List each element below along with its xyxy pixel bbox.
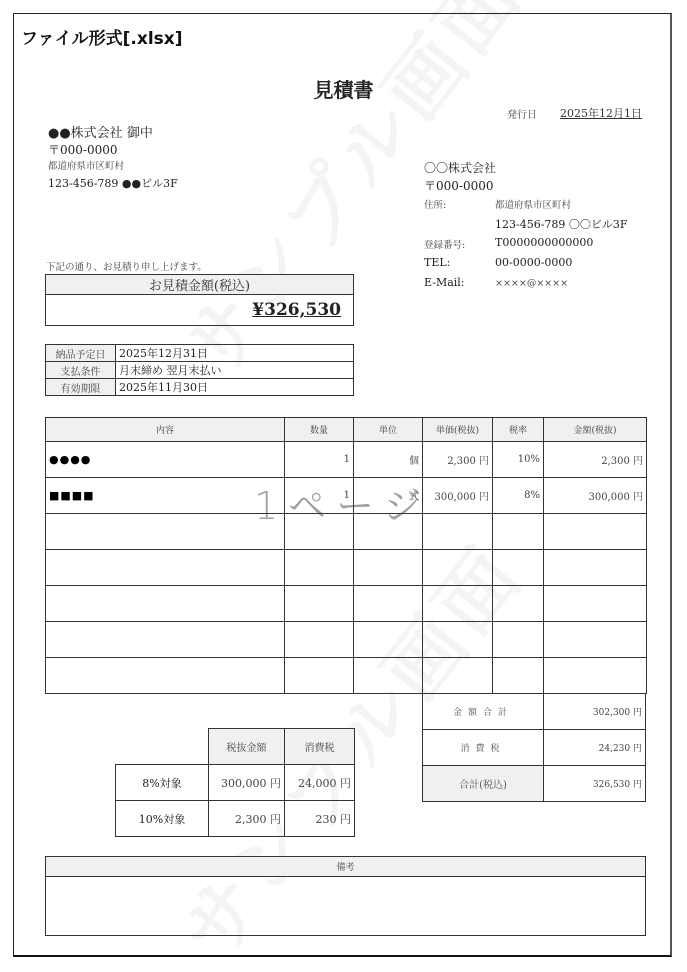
item-tax-rate	[493, 622, 544, 658]
issuer-address1: 都道府県市区町村	[495, 197, 571, 211]
tax-breakdown-row: 10%対象 2,300 円 230 円	[116, 801, 355, 837]
column-header-unit: 単位	[354, 418, 423, 442]
remarks-box: 備考	[45, 856, 646, 936]
issuer-reg-no: T0000000000000	[495, 236, 593, 249]
item-amount	[544, 586, 647, 622]
terms-row: 支払条件 月末締め 翌月末払い	[46, 362, 354, 379]
summary-row: 消費税 24,230 円	[423, 730, 646, 766]
summary-row: 合計(税込) 326,530 円	[423, 766, 646, 802]
item-tax-rate	[493, 658, 544, 694]
item-tax-rate: 8%	[493, 478, 544, 514]
item-unit-price	[423, 550, 493, 586]
document-title: 見積書	[0, 74, 687, 103]
item-unit	[354, 586, 423, 622]
terms-label: 納品予定日	[46, 345, 116, 362]
terms-value: 月末締め 翌月末払い	[116, 362, 354, 379]
item-description	[46, 514, 285, 550]
item-unit: 式	[354, 478, 423, 514]
item-description	[46, 658, 285, 694]
issue-date-label: 発行日	[507, 106, 537, 121]
item-unit	[354, 658, 423, 694]
item-tax-rate	[493, 586, 544, 622]
item-unit-price: 2,300 円	[423, 442, 493, 478]
column-header-description: 内容	[46, 418, 285, 442]
tax-breakdown-header: 税抜金額 消費税	[116, 729, 355, 765]
terms-label: 支払条件	[46, 362, 116, 379]
table-row	[46, 514, 647, 550]
terms-value: 2025年11月30日	[116, 379, 354, 396]
tax-base-amount: 2,300 円	[209, 801, 285, 837]
terms-value: 2025年12月31日	[116, 345, 354, 362]
tax-breakdown-table: 税抜金額 消費税 8%対象 300,000 円 24,000 円 10%対象 2…	[115, 728, 355, 837]
column-header-amount: 金額(税抜)	[544, 418, 647, 442]
issuer-company: 〇〇株式会社	[424, 159, 496, 176]
item-unit-price	[423, 622, 493, 658]
item-quantity	[285, 514, 354, 550]
tax-base-amount: 300,000 円	[209, 765, 285, 801]
terms-row: 有効期限 2025年11月30日	[46, 379, 354, 396]
tax-rate-label: 8%対象	[116, 765, 209, 801]
line-items-table: 内容 数量 単位 単価(税抜) 税率 金額(税抜) ●●●●1個2,300 円1…	[45, 417, 647, 694]
item-description	[46, 622, 285, 658]
item-quantity	[285, 550, 354, 586]
tax-header-base: 税抜金額	[209, 729, 285, 765]
item-quantity: 1	[285, 442, 354, 478]
item-amount	[544, 550, 647, 586]
quote-total-box: お見積金額(税込) ¥326,530	[45, 274, 354, 326]
item-tax-rate	[493, 514, 544, 550]
tax-header-tax: 消費税	[285, 729, 355, 765]
issuer-postal: 〒000-0000	[424, 177, 494, 194]
tax-amount: 230 円	[285, 801, 355, 837]
item-quantity	[285, 622, 354, 658]
terms-table: 納品予定日 2025年12月31日 支払条件 月末締め 翌月末払い 有効期限 2…	[45, 344, 354, 396]
item-unit	[354, 550, 423, 586]
summary-row: 金額合計 302,300 円	[423, 694, 646, 730]
tax-amount: 24,000 円	[285, 765, 355, 801]
table-row: ■■■■1式300,000 円8%300,000 円	[46, 478, 647, 514]
summary-value-tax: 24,230 円	[544, 730, 646, 766]
table-row	[46, 550, 647, 586]
terms-label: 有効期限	[46, 379, 116, 396]
item-description	[46, 586, 285, 622]
summary-label-total: 合計(税込)	[423, 766, 544, 802]
column-header-quantity: 数量	[285, 418, 354, 442]
issuer-address2: 123-456-789 〇〇ビル3F	[495, 216, 628, 232]
quote-total-amount: ¥326,530	[46, 295, 354, 326]
issue-date: 2025年12月1日	[560, 105, 642, 121]
column-header-unit-price: 単価(税抜)	[423, 418, 493, 442]
summary-label-tax: 消費税	[423, 730, 544, 766]
issuer-address-label: 住所:	[424, 197, 446, 211]
item-quantity	[285, 658, 354, 694]
issuer-tel: 00-0000-0000	[495, 256, 572, 269]
item-unit-price	[423, 514, 493, 550]
recipient-name: ●●株式会社 御中	[48, 122, 153, 141]
issuer-mail: ××××@××××	[495, 278, 568, 289]
item-amount	[544, 514, 647, 550]
tax-breakdown-row: 8%対象 300,000 円 24,000 円	[116, 765, 355, 801]
item-unit-price: 300,000 円	[423, 478, 493, 514]
item-amount: 2,300 円	[544, 442, 647, 478]
item-amount	[544, 658, 647, 694]
item-tax-rate	[493, 550, 544, 586]
issuer-tel-label: TEL:	[424, 256, 450, 269]
terms-row: 納品予定日 2025年12月31日	[46, 345, 354, 362]
remarks-body	[46, 877, 646, 936]
summary-table: 金額合計 302,300 円 消費税 24,230 円 合計(税込) 326,5…	[422, 693, 646, 802]
summary-label-subtotal: 金額合計	[423, 694, 544, 730]
summary-value-total: 326,530 円	[544, 766, 646, 802]
table-row	[46, 586, 647, 622]
recipient-postal: 〒000-0000	[48, 141, 118, 158]
intro-text: 下記の通り、お見積り申し上げます。	[46, 259, 207, 273]
item-description	[46, 550, 285, 586]
item-description: ●●●●	[46, 442, 285, 478]
item-amount: 300,000 円	[544, 478, 647, 514]
recipient-address2: 123-456-789 ●●ビル3F	[48, 175, 178, 191]
issuer-mail-label: E-Mail:	[424, 276, 465, 289]
line-items-header: 内容 数量 単位 単価(税抜) 税率 金額(税抜)	[46, 418, 647, 442]
item-quantity	[285, 586, 354, 622]
table-row	[46, 658, 647, 694]
remarks-label: 備考	[46, 857, 646, 877]
recipient-address1: 都道府県市区町村	[48, 158, 124, 172]
item-tax-rate: 10%	[493, 442, 544, 478]
quote-total-label: お見積金額(税込)	[46, 275, 354, 295]
item-unit-price	[423, 658, 493, 694]
item-unit	[354, 622, 423, 658]
item-quantity: 1	[285, 478, 354, 514]
table-row: ●●●●1個2,300 円10%2,300 円	[46, 442, 647, 478]
item-unit-price	[423, 586, 493, 622]
tax-rate-label: 10%対象	[116, 801, 209, 837]
file-format-caption: ファイル形式[.xlsx]	[21, 24, 183, 49]
issuer-reg-label: 登録番号:	[424, 237, 465, 251]
item-unit: 個	[354, 442, 423, 478]
item-unit	[354, 514, 423, 550]
summary-value-subtotal: 302,300 円	[544, 694, 646, 730]
table-row	[46, 622, 647, 658]
column-header-tax-rate: 税率	[493, 418, 544, 442]
item-description: ■■■■	[46, 478, 285, 514]
item-amount	[544, 622, 647, 658]
